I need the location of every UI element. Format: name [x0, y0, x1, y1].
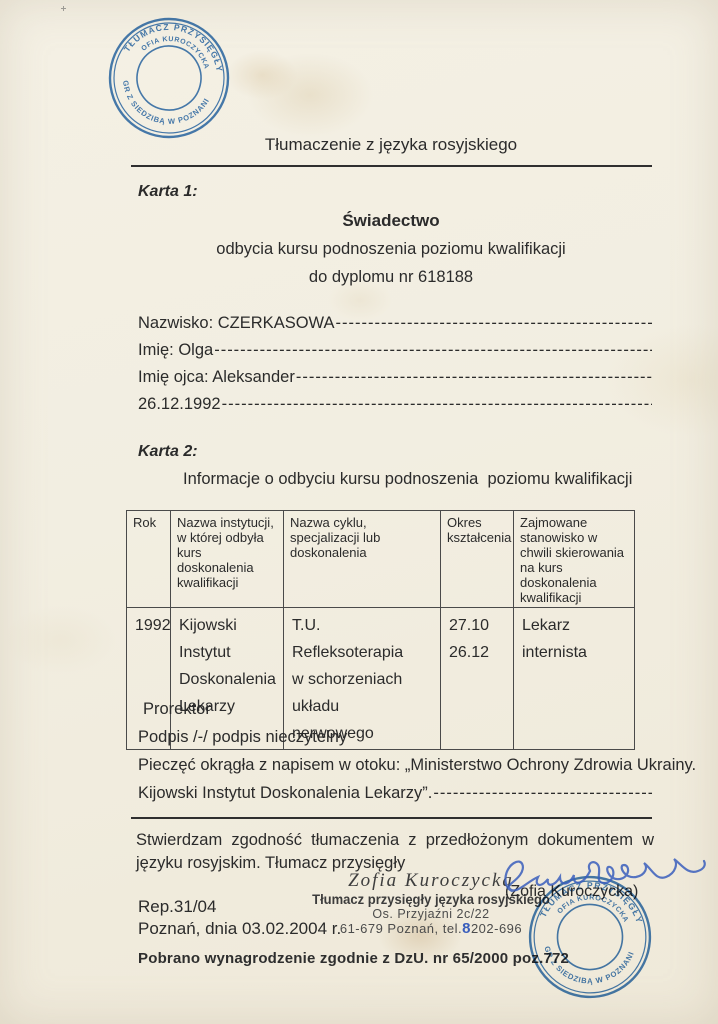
karta2-label: Karta 2:: [138, 443, 198, 461]
field-nazwisko: Nazwisko: CZERKASOWA -------------------…: [138, 314, 652, 333]
horizontal-rule-bottom: [131, 817, 652, 819]
pieczec-line-2-text: Kijowski Instytut Doskonalenia Lekarzy”.: [138, 784, 432, 803]
dash-fill: ----------------------------------------…: [222, 395, 652, 414]
place-date: Poznań, dnia 03.02.2004 r.: [138, 919, 341, 939]
col-header-cykl: Nazwa cyklu, specjalizacji lub doskonale…: [284, 511, 441, 608]
field-date-text: 26.12.1992: [138, 395, 221, 414]
phone-rest: 202-696: [471, 921, 522, 936]
cell-stanowisko: Lekarz internista: [514, 608, 635, 750]
col-header-rok: Rok: [127, 511, 171, 608]
field-imie-ojca-text: Imię ojca: Aleksander: [138, 368, 295, 387]
rep-number: Rep.31/04: [138, 897, 216, 917]
handwritten-signature-icon: [498, 851, 714, 903]
prorektor-line: Prorektor: [143, 700, 211, 719]
field-imie: Imię: Olga -----------------------------…: [138, 341, 652, 360]
fee-line: Pobrano wynagrodzenie zgodnie z DzU. nr …: [138, 950, 569, 967]
translation-header: Tłumaczenie z języka rosyjskiego: [130, 135, 652, 155]
dash-fill: ----------------------------------------…: [214, 341, 652, 360]
certificate-subtitle-2: do dyplomu nr 618188: [130, 268, 652, 287]
table-header-row: Rok Nazwa instytucji, w której odbyła ku…: [127, 511, 635, 608]
dash-fill: ----------------------------------------…: [336, 314, 652, 333]
round-translator-stamp-top-icon: TŁUMACZ PRZYSIĘGŁY ZOFIA KUROCZYCKA MGR …: [91, 0, 247, 156]
field-nazwisko-text: Nazwisko: CZERKASOWA: [138, 314, 335, 333]
dash-fill: ----------------------------------------…: [296, 368, 652, 387]
scan-speck: [61, 6, 66, 11]
col-header-okres: Okres kształcenia: [441, 511, 514, 608]
certificate-subtitle-1: odbycia kursu podnoszenia poziomu kwalif…: [130, 240, 652, 259]
field-imie-text: Imię: Olga: [138, 341, 213, 360]
scanned-document-page: TŁUMACZ PRZYSIĘGŁY ZOFIA KUROCZYCKA MGR …: [0, 0, 718, 1024]
field-date: 26.12.1992 -----------------------------…: [138, 395, 652, 414]
karta1-label: Karta 1:: [138, 183, 198, 201]
cell-okres: 27.10 26.12: [441, 608, 514, 750]
handwritten-digit: 8: [462, 920, 471, 937]
certificate-title: Świadectwo: [130, 211, 652, 231]
pieczec-line-1: Pieczęć okrągła z napisem w otoku: „Mini…: [138, 756, 696, 775]
horizontal-rule-top: [131, 165, 652, 167]
podpis-line: Podpis /-/ podpis nieczytelny: [138, 728, 347, 747]
karta2-heading: Informacje o odbyciu kursu podnoszenia p…: [183, 470, 632, 489]
field-imie-ojca: Imię ojca: Aleksander ------------------…: [138, 368, 652, 387]
col-header-instytucja: Nazwa instytucji, w której odbyła kurs d…: [171, 511, 284, 608]
phone-prefix: 61-679 Poznań, tel.: [340, 921, 462, 936]
pieczec-line-2: Kijowski Instytut Doskonalenia Lekarzy”.…: [138, 784, 652, 803]
dash-fill: ----------------------------------------…: [433, 784, 652, 803]
col-header-stanowisko: Zajmowane stanowisko w chwili skierowani…: [514, 511, 635, 608]
